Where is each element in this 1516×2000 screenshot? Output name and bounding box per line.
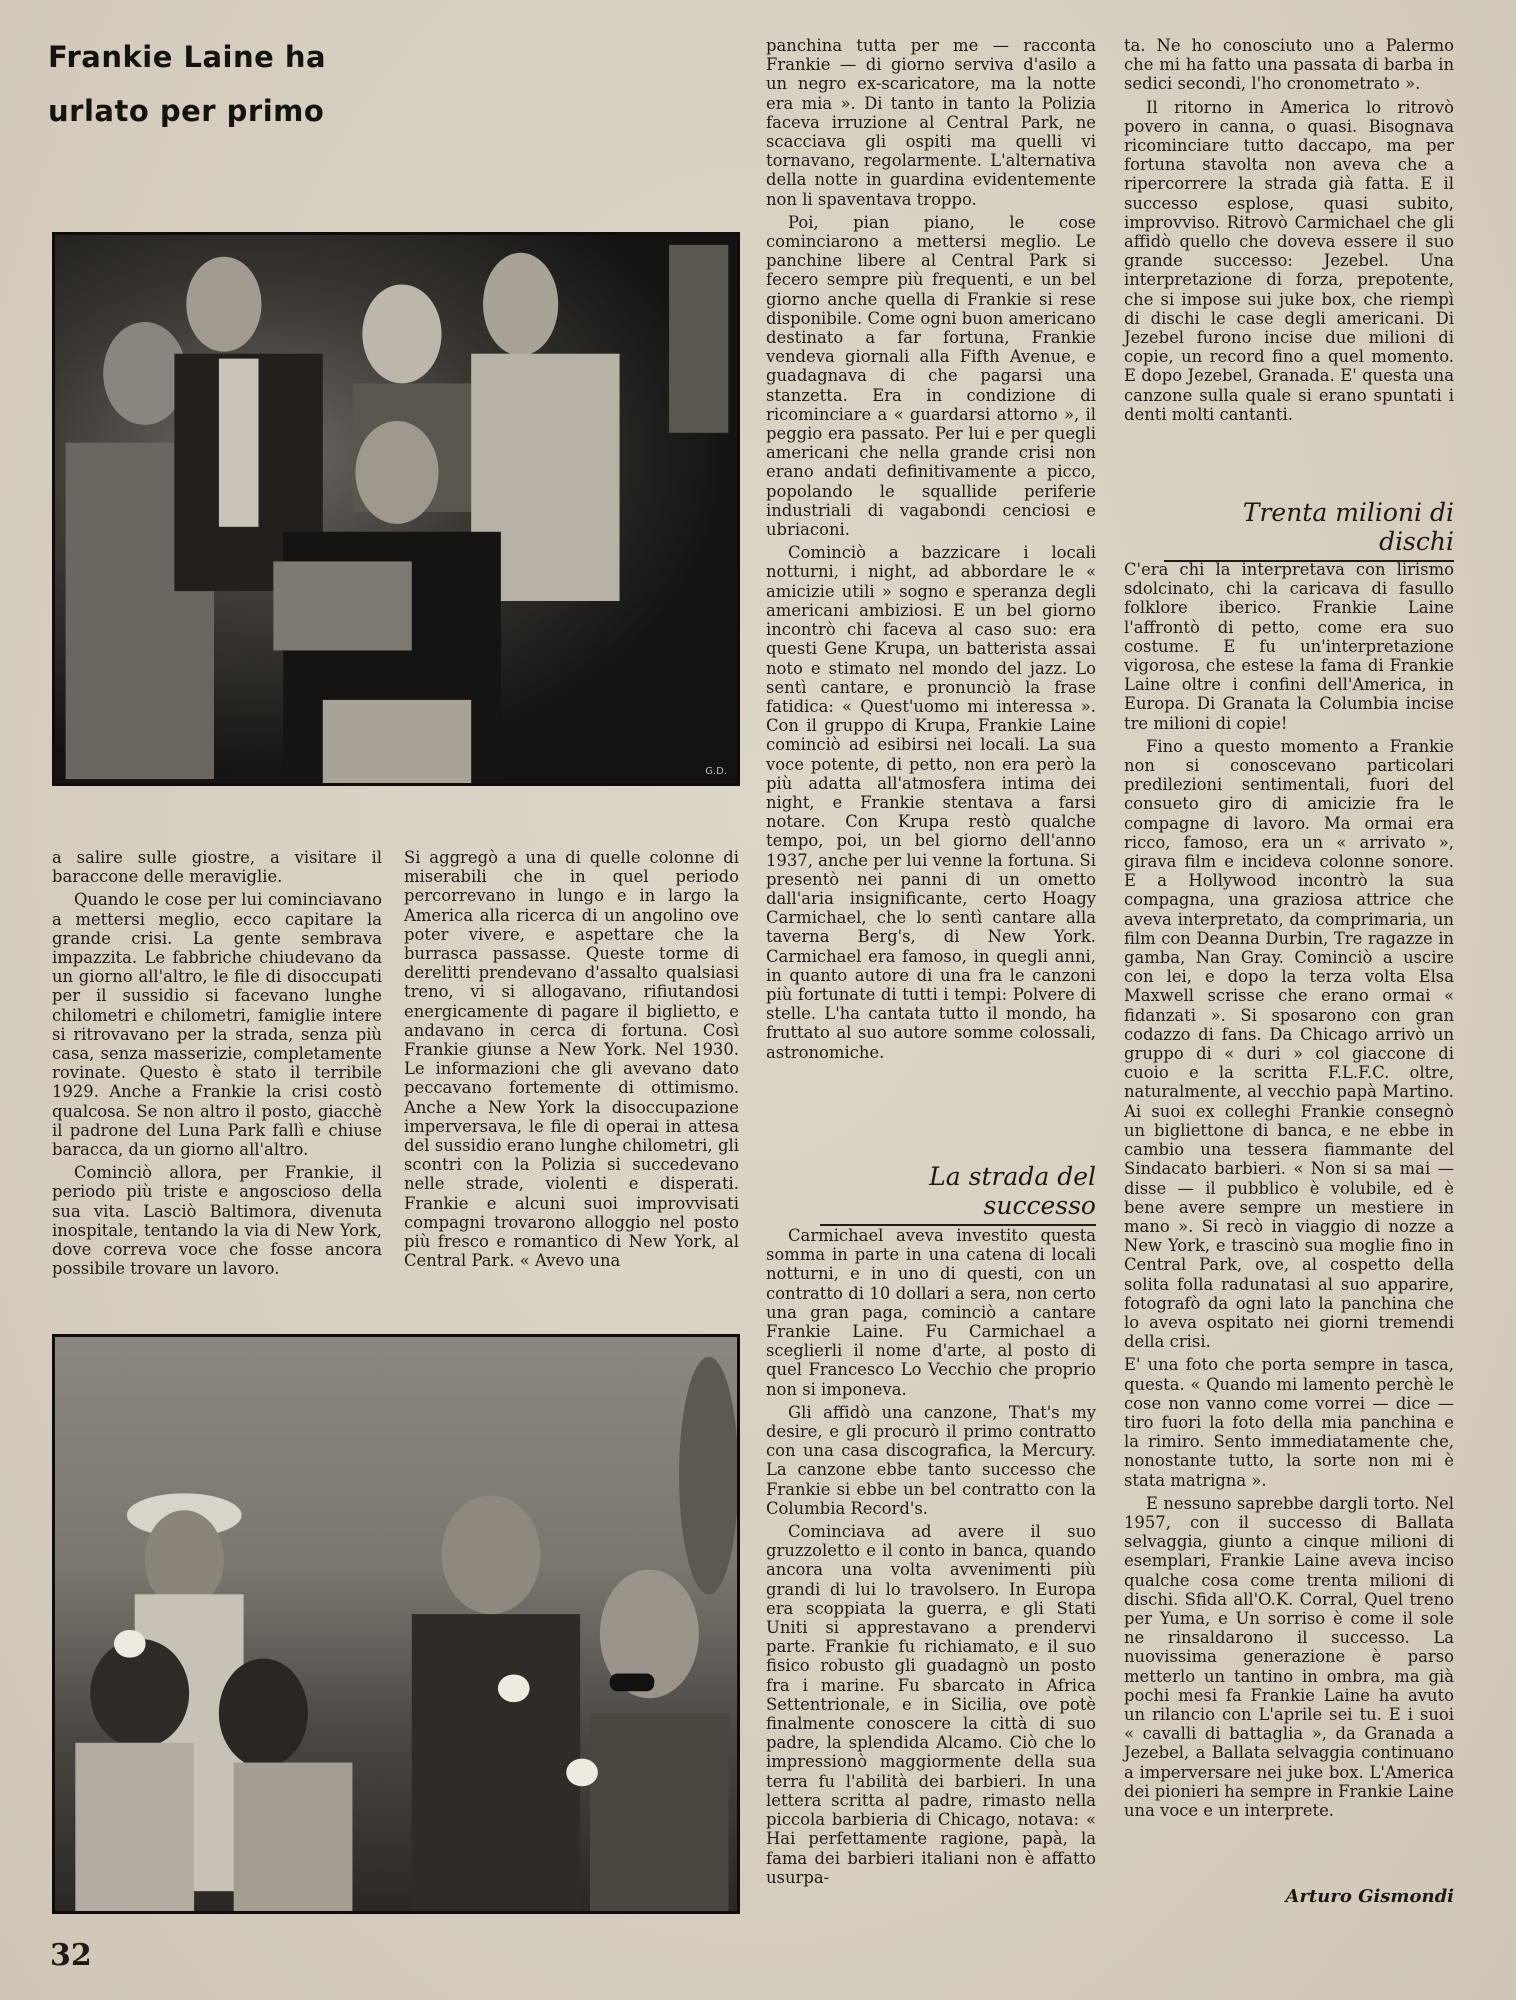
paragraph: E' una foto che porta sempre in tasca, q… xyxy=(1124,1355,1454,1489)
photo-illustration-icon xyxy=(55,235,737,783)
author-byline: Arturo Gismondi xyxy=(1200,1886,1454,1907)
photo-group-singing: G.D. xyxy=(52,232,740,786)
paragraph: panchina tutta per me — racconta Frankie… xyxy=(766,36,1096,209)
page-number: 32 xyxy=(50,1938,92,1973)
paragraph: Carmichael aveva investito questa somma … xyxy=(766,1226,1096,1399)
photo-crowd-flowers xyxy=(52,1334,740,1914)
paragraph: a salire sulle giostre, a visitare il ba… xyxy=(52,848,382,886)
text-column-4-top: ta. Ne ho conosciuto uno a Palermo che m… xyxy=(1124,36,1454,428)
photo-illustration-icon xyxy=(55,1337,737,1911)
paragraph: E nessuno saprebbe dargli torto. Nel 195… xyxy=(1124,1494,1454,1820)
paragraph: Si aggregò a una di quelle colonne di mi… xyxy=(404,848,739,1270)
paragraph: C'era chi la interpretava con lirismo sd… xyxy=(1124,560,1454,733)
paragraph: Il ritorno in America lo ritrovò povero … xyxy=(1124,98,1454,424)
text-column-2: Si aggregò a una di quelle colonne di mi… xyxy=(404,848,739,1274)
paragraph: ta. Ne ho conosciuto uno a Palermo che m… xyxy=(1124,36,1454,94)
paragraph: Poi, pian piano, le cose cominciarono a … xyxy=(766,213,1096,539)
magazine-page: Frankie Laine ha urlato per primo G.D. xyxy=(0,0,1516,2000)
text-column-1: a salire sulle giostre, a visitare il ba… xyxy=(52,848,382,1282)
paragraph: Gli affidò una canzone, That's my desire… xyxy=(766,1403,1096,1518)
photo-credit: G.D. xyxy=(705,766,727,777)
paragraph: Quando le cose per lui cominciavano a me… xyxy=(52,890,382,1159)
article-headline: Frankie Laine ha urlato per primo xyxy=(48,30,408,138)
paragraph: Cominciava ad avere il suo gruzzoletto e… xyxy=(766,1522,1096,1887)
paragraph: Cominciò a bazzicare i locali notturni, … xyxy=(766,543,1096,1061)
subheading-la-strada-del-successo: La strada del successo xyxy=(820,1162,1096,1226)
paragraph: Cominciò allora, per Frankie, il periodo… xyxy=(52,1163,382,1278)
subheading-trenta-milioni-di-dischi: Trenta milioni di dischi xyxy=(1164,498,1454,562)
text-column-4-bottom: C'era chi la interpretava con lirismo sd… xyxy=(1124,560,1454,1824)
paragraph: Fino a questo momento a Frankie non si c… xyxy=(1124,737,1454,1352)
text-column-3-bottom: Carmichael aveva investito questa somma … xyxy=(766,1226,1096,1891)
text-column-3-top: panchina tutta per me — racconta Frankie… xyxy=(766,36,1096,1066)
